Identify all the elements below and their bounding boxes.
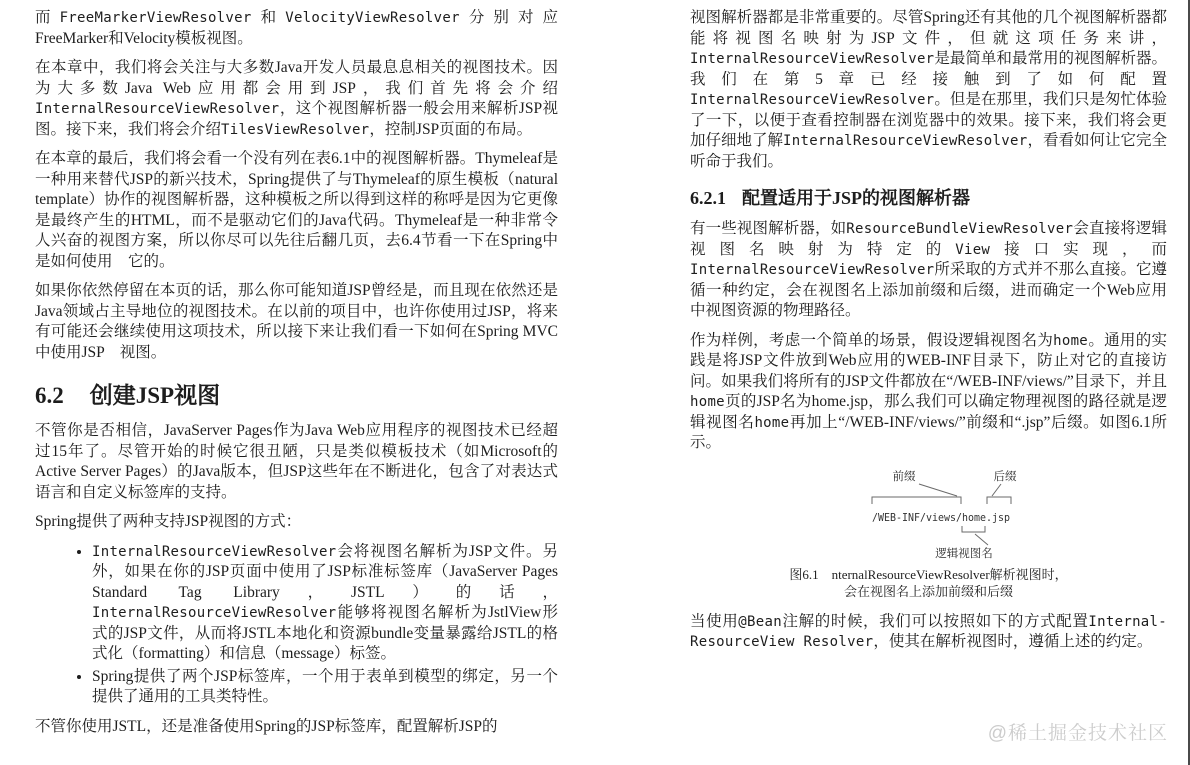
- suffix-bracket: [987, 497, 1011, 504]
- bullet-item: Spring提供了两个JSP标签库，一个用于表单到模型的绑定，另一个提供了通用的…: [92, 667, 558, 708]
- view-path-text: /WEB-INF/views/home.jsp: [872, 511, 1010, 524]
- heading-number: 6.2.1: [690, 188, 726, 208]
- paragraph: 在本章中，我们将会关注与大多数Java开发人员最息息相关的视图技术。因为大多数J…: [35, 58, 558, 140]
- heading-title: 配置适用于JSP的视图解析器: [742, 188, 970, 208]
- suffix-label: 后缀: [993, 470, 1016, 483]
- logical-view-name-label: 逻辑视图名: [935, 547, 993, 560]
- paragraph: 如果你依然停留在本页的话，那么你可能知道JSP曾经是，而且现在依然还是Java领…: [35, 281, 558, 363]
- right-column: 视图解析器都是非常重要的。尽管Spring还有其他的几个视图解析器都能将视图名映…: [690, 8, 1167, 662]
- prefix-bracket: [872, 497, 961, 504]
- figure-caption-line1: 图6.1 nternalResourceViewResolver解析视图时，: [690, 566, 1167, 583]
- figure-caption-line2: 会在视图名上添加前缀和后缀: [690, 583, 1167, 600]
- heading-number: 6.2: [35, 383, 64, 408]
- paragraph: 不管你是否相信，JavaServer Pages作为Java Web应用程序的视…: [35, 421, 558, 503]
- paragraph: 作为样例，考虑一个简单的场景，假设逻辑视图名为home。通用的实践是将JSP文件…: [690, 331, 1167, 454]
- left-column: 而FreeMarkerViewResolver和VelocityViewReso…: [35, 8, 558, 746]
- paragraph: 而FreeMarkerViewResolver和VelocityViewReso…: [35, 8, 558, 49]
- paragraph: 不管你使用JSTL，还是准备使用Spring的JSP标签库，配置解析JSP的: [35, 717, 558, 738]
- paragraph: 当使用@Bean注解的时候，我们可以按照如下的方式配置Internal-Reso…: [690, 612, 1167, 653]
- figure-caption: 图6.1 nternalResourceViewResolver解析视图时， 会…: [690, 566, 1167, 600]
- prefix-label: 前缀: [892, 469, 915, 483]
- heading-title: 创建JSP视图: [90, 383, 220, 408]
- logical-view-pointer-line: [975, 534, 988, 545]
- bullet-list: InternalResourceViewResolver会将视图名解析为JSP文…: [35, 542, 558, 708]
- paragraph: 在本章的最后，我们将会看一个没有列在表6.1中的视图解析器。Thymeleaf是…: [35, 149, 558, 272]
- view-path-diagram: 前缀 后缀 /WEB-INF/views/home.jsp 逻辑视图名: [774, 463, 1084, 560]
- bullet-item: InternalResourceViewResolver会将视图名解析为JSP文…: [92, 542, 558, 665]
- suffix-pointer-line: [992, 484, 1001, 496]
- section-heading-6-2: 6.2创建JSP视图: [35, 377, 558, 410]
- book-page: { "page": { "watermark": "@稀土掘金技术社区" }, …: [0, 0, 1190, 765]
- logical-view-bracket: [962, 526, 985, 532]
- subsection-heading-6-2-1: 6.2.1配置适用于JSP的视图解析器: [690, 184, 1167, 210]
- paragraph: 视图解析器都是非常重要的。尽管Spring还有其他的几个视图解析器都能将视图名映…: [690, 8, 1167, 172]
- watermark: @稀土掘金技术社区: [988, 718, 1168, 745]
- paragraph: Spring提供了两种支持JSP视图的方式：: [35, 512, 558, 533]
- prefix-pointer-line: [919, 484, 957, 496]
- paragraph: 有一些视图解析器，如ResourceBundleViewResolver会直接将…: [690, 219, 1167, 322]
- figure-6-1: 前缀 后缀 /WEB-INF/views/home.jsp 逻辑视图名: [690, 463, 1167, 560]
